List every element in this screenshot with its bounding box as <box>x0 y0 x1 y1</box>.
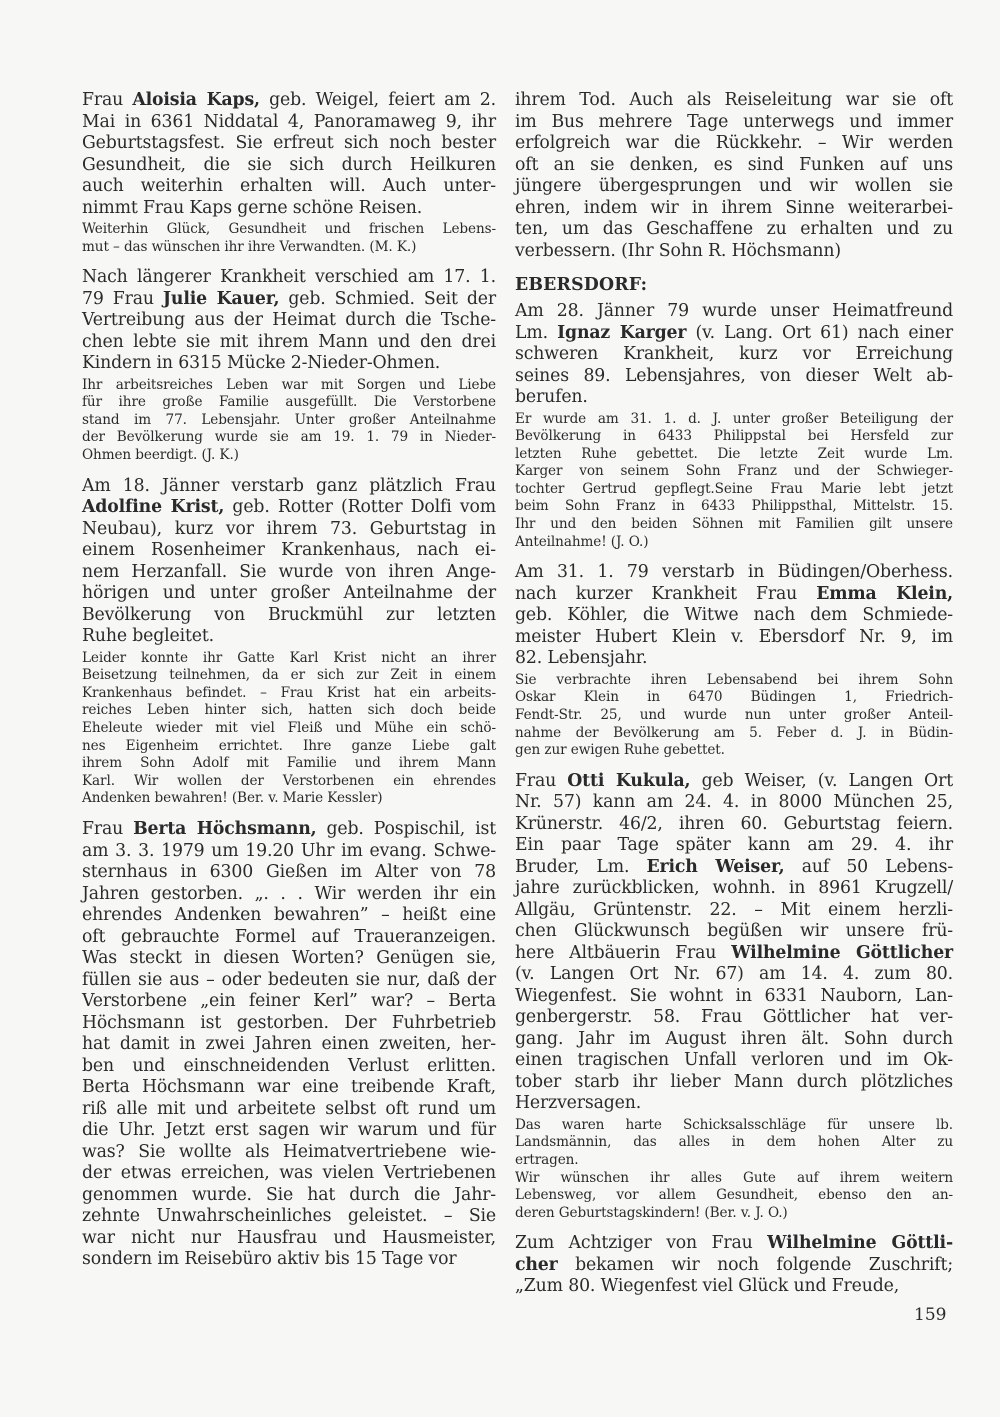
section-heading-ebersdorf: EBERSDORF: <box>515 273 953 297</box>
text-line: meister Hubert Klein v. Ebersdorf Nr. 9,… <box>515 627 953 649</box>
text-line: tober starb ihr lieber Mann durch plötzl… <box>515 1072 953 1094</box>
note-line: Anteilnahme! (J. O.) <box>515 534 953 552</box>
left-column: Frau Aloisia Kaps, geb. Weigel, feiert a… <box>82 90 496 1282</box>
text-line: 82. Lebensjahr. <box>515 648 953 670</box>
note-line: nahme der Bevölkerung am 5. Feber d. J. … <box>515 725 953 743</box>
note-line: Leider konnte ihr Gatte Karl Krist nicht… <box>82 650 496 668</box>
text-line: der etwas erreichen, was vielen Vertrieb… <box>82 1163 496 1185</box>
text-line: chen Glückwunsch begüßen wir unsere frü- <box>515 921 953 943</box>
article-karger-note: Er wurde am 31. 1. d. J. unter großer Be… <box>515 411 953 552</box>
note-line: Ohmen beerdigt. (J. K.) <box>82 447 496 465</box>
text-line: Verstorbene „ein feiner Kerl” war? – Ber… <box>82 991 496 1013</box>
person-name: Ignaz Karger <box>557 323 686 343</box>
text-line: nem Herzanfall. Sie wurde von ihren Ange… <box>82 562 496 584</box>
note-line: Das waren harte Schicksalsschläge für un… <box>515 1117 953 1135</box>
person-name: Berta Höchsmann, <box>133 819 316 839</box>
note-line: Ihr arbeitsreiches Leben war mit Sorgen … <box>82 377 496 395</box>
text-line: Frau Otti Kukula, geb Weiser, (v. Langen… <box>515 771 953 793</box>
article-kukula: Frau Otti Kukula, geb Weiser, (v. Langen… <box>515 771 953 1115</box>
text-line: Berta Höchsmann war eine treibende Kraft… <box>82 1077 496 1099</box>
text-line: was? Sie wollte als Heimatvertriebene wi… <box>82 1142 496 1164</box>
article-karger: Am 28. Jänner 79 wurde unser Heimatfreun… <box>515 301 953 409</box>
note-line: nes Eigenheim errichtet. Ihre ganze Lieb… <box>82 738 496 756</box>
text-line: hörigen und unter großer Anteilnahme der <box>82 583 496 605</box>
text-line: Gesundheit, die sie sich durch Heilkuren <box>82 155 496 177</box>
person-name: Wilhelmine Göttlicher <box>731 943 953 963</box>
text-line: Am 18. Jänner verstarb ganz plätzlich Fr… <box>82 476 496 498</box>
note-line: deren Geburtstagskindern! (Ber. v. J. O.… <box>515 1205 953 1223</box>
note-line: Eheleute wieder mit viel Fleiß und Mühe … <box>82 720 496 738</box>
person-name: Emma Klein, <box>816 584 953 604</box>
text-line: Jahren gestorben. „. . . Wir werden ihr … <box>82 884 496 906</box>
note-line: beim Sohn Franz in 6433 Philippsthal, Mi… <box>515 498 953 516</box>
text-line: Vertreibung aus der Heimat durch die Tsc… <box>82 310 496 332</box>
note-line: der Bevölkerung wurde sie am 19. 1. 79 i… <box>82 429 496 447</box>
article-klein: Am 31. 1. 79 verstarb in Büdingen/Oberhe… <box>515 562 953 670</box>
text-line: Nr. 57) kann am 24. 4. in 8000 München 2… <box>515 792 953 814</box>
text-line: die Uhr. Jetzt erst sagen wir warum und … <box>82 1120 496 1142</box>
text-line: Kindern in 6315 Mücke 2-Nieder-Ohmen. <box>82 353 496 375</box>
text-line: ten, um das Geschaffene zu erhalten und … <box>515 219 953 241</box>
text-line: seines 89. Lebensjahres, von dieser Welt… <box>515 366 953 388</box>
text-line: jüngere übergesprungen und wir wollen si… <box>515 176 953 198</box>
text-line: Neubau), kurz vor ihrem 73. Geburtstag i… <box>82 519 496 541</box>
article-kauer-note: Ihr arbeitsreiches Leben war mit Sorgen … <box>82 377 496 465</box>
note-line: Lebensweg, vor allem Gesundheit, ebenso … <box>515 1187 953 1205</box>
note-line: Beisetzung teilnehmen, da er sich zur Ze… <box>82 667 496 685</box>
note-line: mut – das wünschen ihr ihre Verwandten. … <box>82 239 496 257</box>
article-goettlicher: Zum Achtziger von Frau Wilhelmine Göttli… <box>515 1233 953 1298</box>
note-line: Krankenhaus befindet. – Frau Krist hat e… <box>82 685 496 703</box>
text-line: (v. Langen Ort Nr. 67) am 14. 4. zum 80. <box>515 964 953 986</box>
person-name: Erich Weiser, <box>647 857 785 877</box>
text-line: Frau Aloisia Kaps, geb. Weigel, feiert a… <box>82 90 496 112</box>
text-line: schweren Krankheit, kurz vor Erreichung <box>515 344 953 366</box>
text-line: Mai in 6361 Niddatal 4, Panoramaweg 9, i… <box>82 112 496 134</box>
note-line: Andenken bewahren! (Ber. v. Marie Kessle… <box>82 790 496 808</box>
text-line: oft an sie denken, es sind Funken auf un… <box>515 155 953 177</box>
note-line: tochter Gertrud gepflegt.Seine Frau Mari… <box>515 481 953 499</box>
text-line: Nach längerer Krankheit verschied am 17.… <box>82 267 496 289</box>
text-line: Allgäu, Grüntenstr. 22. – Mit einem herz… <box>515 900 953 922</box>
text-line: Ein paar Tage später kann am 29. 4. ihr <box>515 835 953 857</box>
text-line: chen lebte sie mit ihrem Mann und den dr… <box>82 332 496 354</box>
note-line: Bevölkerung in 6433 Philippstal bei Hers… <box>515 428 953 446</box>
text-line: Bruder, Lm. Erich Weiser, auf 50 Lebens- <box>515 857 953 879</box>
article-klein-note: Sie verbrachte ihren Lebensabend bei ihr… <box>515 672 953 760</box>
text-line: Adolfine Krist, geb. Rotter (Rotter Dolf… <box>82 497 496 519</box>
text-line: im Bus mehrere Tage unterwegs und immer <box>515 112 953 134</box>
person-name: cher <box>515 1255 558 1275</box>
text-line: füllen sie aus – oder bedeuten sie nur, … <box>82 970 496 992</box>
article-krist: Am 18. Jänner verstarb ganz plätzlich Fr… <box>82 476 496 648</box>
text-line: Was steckt in diesen Worten? Genügen sie… <box>82 948 496 970</box>
text-line: 79 Frau Julie Kauer, geb. Schmied. Seit … <box>82 289 496 311</box>
person-name: Julie Kauer, <box>163 289 279 309</box>
note-line: Oskar Klein in 6470 Büdingen 1, Friedric… <box>515 689 953 707</box>
note-line: Ihr und den beiden Söhnen mit Familien g… <box>515 516 953 534</box>
note-line: ihrem Sohn Adolf mit Familie und ihrem M… <box>82 755 496 773</box>
article-kaps-note: Weiterhin Glück, Gesundheit und frischen… <box>82 221 496 256</box>
text-line: ehren, indem wir in ihrem Sinne weiterar… <box>515 198 953 220</box>
text-line: genbergerstr. 58. Frau Göttlicher hat ve… <box>515 1007 953 1029</box>
person-name: Adolfine Krist, <box>82 497 224 517</box>
article-hoechsmann: Frau Berta Höchsmann, geb. Pospischil, i… <box>82 819 496 1271</box>
text-line: Ruhe begleitet. <box>82 626 496 648</box>
text-line: nach kurzer Krankheit Frau Emma Klein, <box>515 584 953 606</box>
text-line: sondern im Reisebüro aktiv bis 15 Tage v… <box>82 1249 496 1271</box>
text-line: einen tragischen Unfall verloren und im … <box>515 1050 953 1072</box>
note-line: Er wurde am 31. 1. d. J. unter großer Be… <box>515 411 953 429</box>
text-line: berufen. <box>515 387 953 409</box>
note-line: Karl. Wir wollen der Verstorbenen ein eh… <box>82 773 496 791</box>
text-line: gang. Jahr im August ihren ält. Sohn dur… <box>515 1029 953 1051</box>
article-hoechsmann-continued: ihrem Tod. Auch als Reiseleitung war sie… <box>515 90 953 262</box>
text-line: nimmt Frau Kaps gerne schöne Reisen. <box>82 198 496 220</box>
note-line: für ihre große Familie ausgefüllt. Die V… <box>82 394 496 412</box>
note-line: Landsmännin, das alles in dem hohen Alte… <box>515 1134 953 1152</box>
text-line: verbessern. (Ihr Sohn R. Höchsmann) <box>515 241 953 263</box>
article-kukula-note: Das waren harte Schicksalsschläge für un… <box>515 1117 953 1223</box>
text-line: Frau Berta Höchsmann, geb. Pospischil, i… <box>82 819 496 841</box>
note-line: Fendt-Str. 25, und wurde nun unter große… <box>515 707 953 725</box>
text-line: Lm. Ignaz Karger (v. Lang. Ort 61) nach … <box>515 323 953 345</box>
text-line: ehrendes Andenken bewahren” – heißt eine <box>82 905 496 927</box>
text-line: genommen wurde. Sie hat durch die Jahr- <box>82 1185 496 1207</box>
text-line: jahre zurückblicken, wohnh. in 8961 Krug… <box>515 878 953 900</box>
note-line: ertragen. <box>515 1152 953 1170</box>
text-line: ben und einschneidenden Verlust erlitten… <box>82 1056 496 1078</box>
text-line: einem Rosenheimer Krankenhaus, nach ei- <box>82 540 496 562</box>
person-name: Wilhelmine Göttli- <box>767 1233 953 1253</box>
right-column: ihrem Tod. Auch als Reiseleitung war sie… <box>515 90 953 1309</box>
note-line: Weiterhin Glück, Gesundheit und frischen… <box>82 221 496 239</box>
note-line: stand im 77. Lebensjahr. Unter großer An… <box>82 412 496 430</box>
text-line: Am 31. 1. 79 verstarb in Büdingen/Oberhe… <box>515 562 953 584</box>
text-line: hat damit in zwei Jahren einen zweiten, … <box>82 1034 496 1056</box>
text-line: Höchsmann ist gestorben. Der Fuhrbetrieb <box>82 1013 496 1035</box>
text-line: Am 28. Jänner 79 wurde unser Heimatfreun… <box>515 301 953 323</box>
text-line: Wiegenfest. Sie wohnt in 6331 Nauborn, L… <box>515 986 953 1008</box>
text-line: war nicht nur Hausfrau und Hausmeister, <box>82 1228 496 1250</box>
text-line: zehnte Unwahrscheinliches geleistet. – S… <box>82 1206 496 1228</box>
note-line: reiches Leben hinter sich, hatten sich d… <box>82 702 496 720</box>
note-line: Karger von seinem Sohn Franz und der Sch… <box>515 463 953 481</box>
note-line: gen zur ewigen Ruhe gebettet. <box>515 742 953 760</box>
note-line: letzten Ruhe gebettet. Die letzte Zeit w… <box>515 446 953 464</box>
note-line: Sie verbrachte ihren Lebensabend bei ihr… <box>515 672 953 690</box>
person-name: Otti Kukula, <box>567 771 690 791</box>
text-line: oft gebrauchte Formel auf Traueranzeigen… <box>82 927 496 949</box>
article-krist-note: Leider konnte ihr Gatte Karl Krist nicht… <box>82 650 496 808</box>
text-line: Krünerstr. 46/2, ihren 60. Geburtstag fe… <box>515 814 953 836</box>
page-number: 159 <box>914 1305 946 1325</box>
text-line: riß alle mit und arbeitete selbst oft ru… <box>82 1099 496 1121</box>
text-line: Zum Achtziger von Frau Wilhelmine Göttli… <box>515 1233 953 1255</box>
text-line: Herzversagen. <box>515 1093 953 1115</box>
text-line: ihrem Tod. Auch als Reiseleitung war sie… <box>515 90 953 112</box>
text-line: cher bekamen wir noch folgende Zuschrift… <box>515 1255 953 1277</box>
text-line: am 3. 3. 1979 um 19.20 Uhr im evang. Sch… <box>82 841 496 863</box>
note-line: Wir wünschen ihr alles Gute auf ihrem we… <box>515 1170 953 1188</box>
text-line: Bevölkerung von Bruckmühl zur letzten <box>82 605 496 627</box>
text-line: auch weiterhin erhalten will. Auch unter… <box>82 176 496 198</box>
text-line: geb. Köhler, die Witwe nach dem Schmiede… <box>515 605 953 627</box>
text-line: here Altbäuerin Frau Wilhelmine Göttlich… <box>515 943 953 965</box>
text-line: sternhaus in 6300 Gießen im Alter von 78 <box>82 862 496 884</box>
text-line: erfolgreich war die Rückkehr. – Wir werd… <box>515 133 953 155</box>
article-kauer: Nach längerer Krankheit verschied am 17.… <box>82 267 496 375</box>
text-line: „Zum 80. Wiegenfest viel Glück und Freud… <box>515 1276 953 1298</box>
text-line: Geburtstagsfest. Sie erfreut sich noch b… <box>82 133 496 155</box>
article-kaps: Frau Aloisia Kaps, geb. Weigel, feiert a… <box>82 90 496 219</box>
person-name: Aloisia Kaps, <box>132 90 260 110</box>
